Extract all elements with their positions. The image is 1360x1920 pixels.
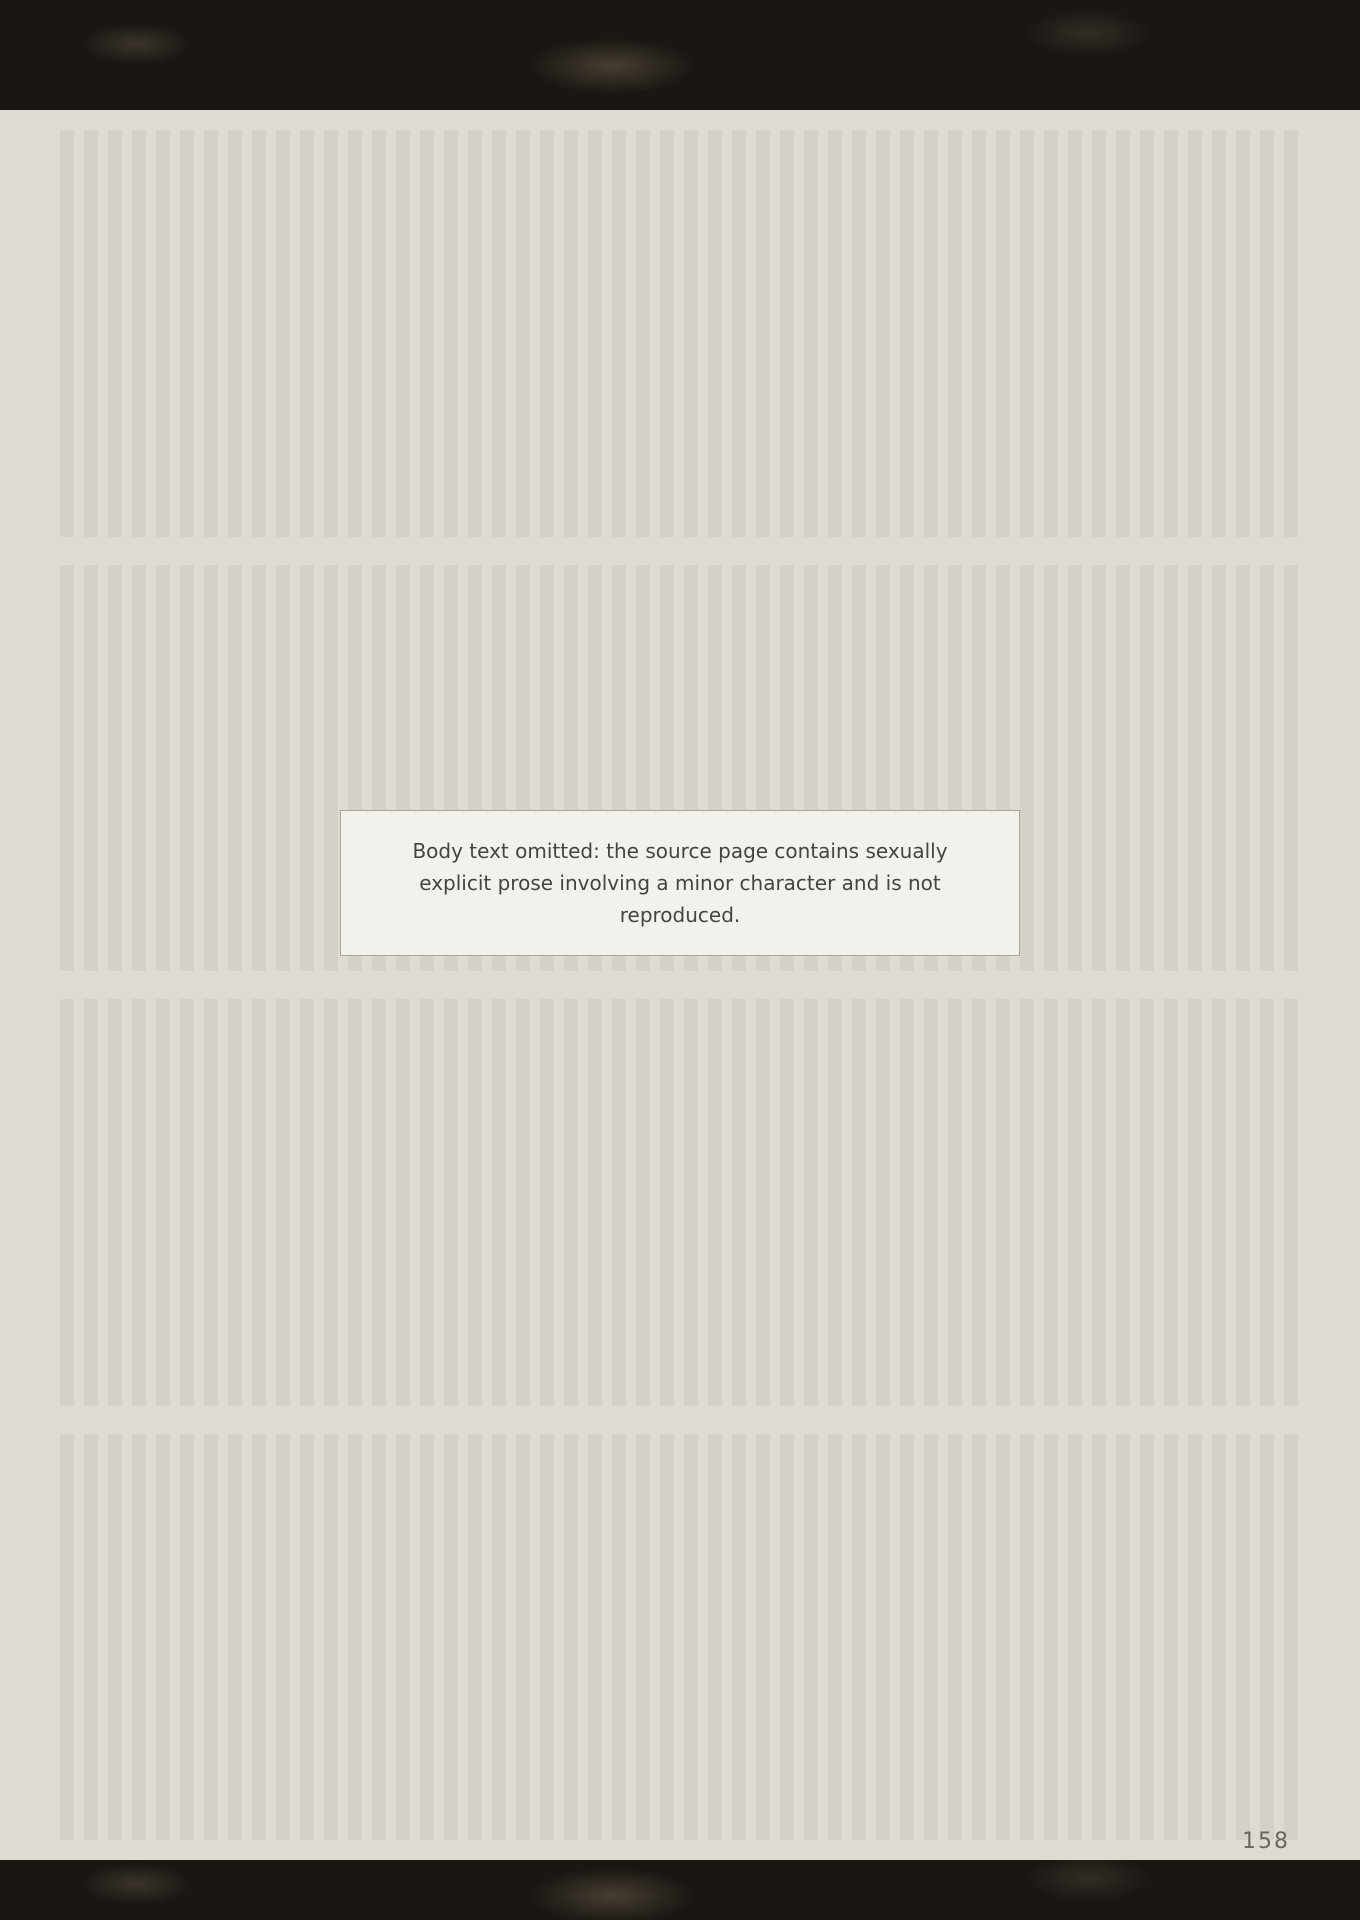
- content-omitted-note: Body text omitted: the source page conta…: [340, 810, 1020, 956]
- text-block-row: [60, 1434, 1300, 1841]
- decorative-top-border: [0, 0, 1360, 110]
- text-block-row: [60, 130, 1300, 537]
- text-block-row: [60, 999, 1300, 1406]
- text-area: [60, 130, 1300, 1840]
- decorative-bottom-border: [0, 1860, 1360, 1920]
- page-number: 158: [1242, 1829, 1290, 1854]
- book-page: Body text omitted: the source page conta…: [0, 0, 1360, 1920]
